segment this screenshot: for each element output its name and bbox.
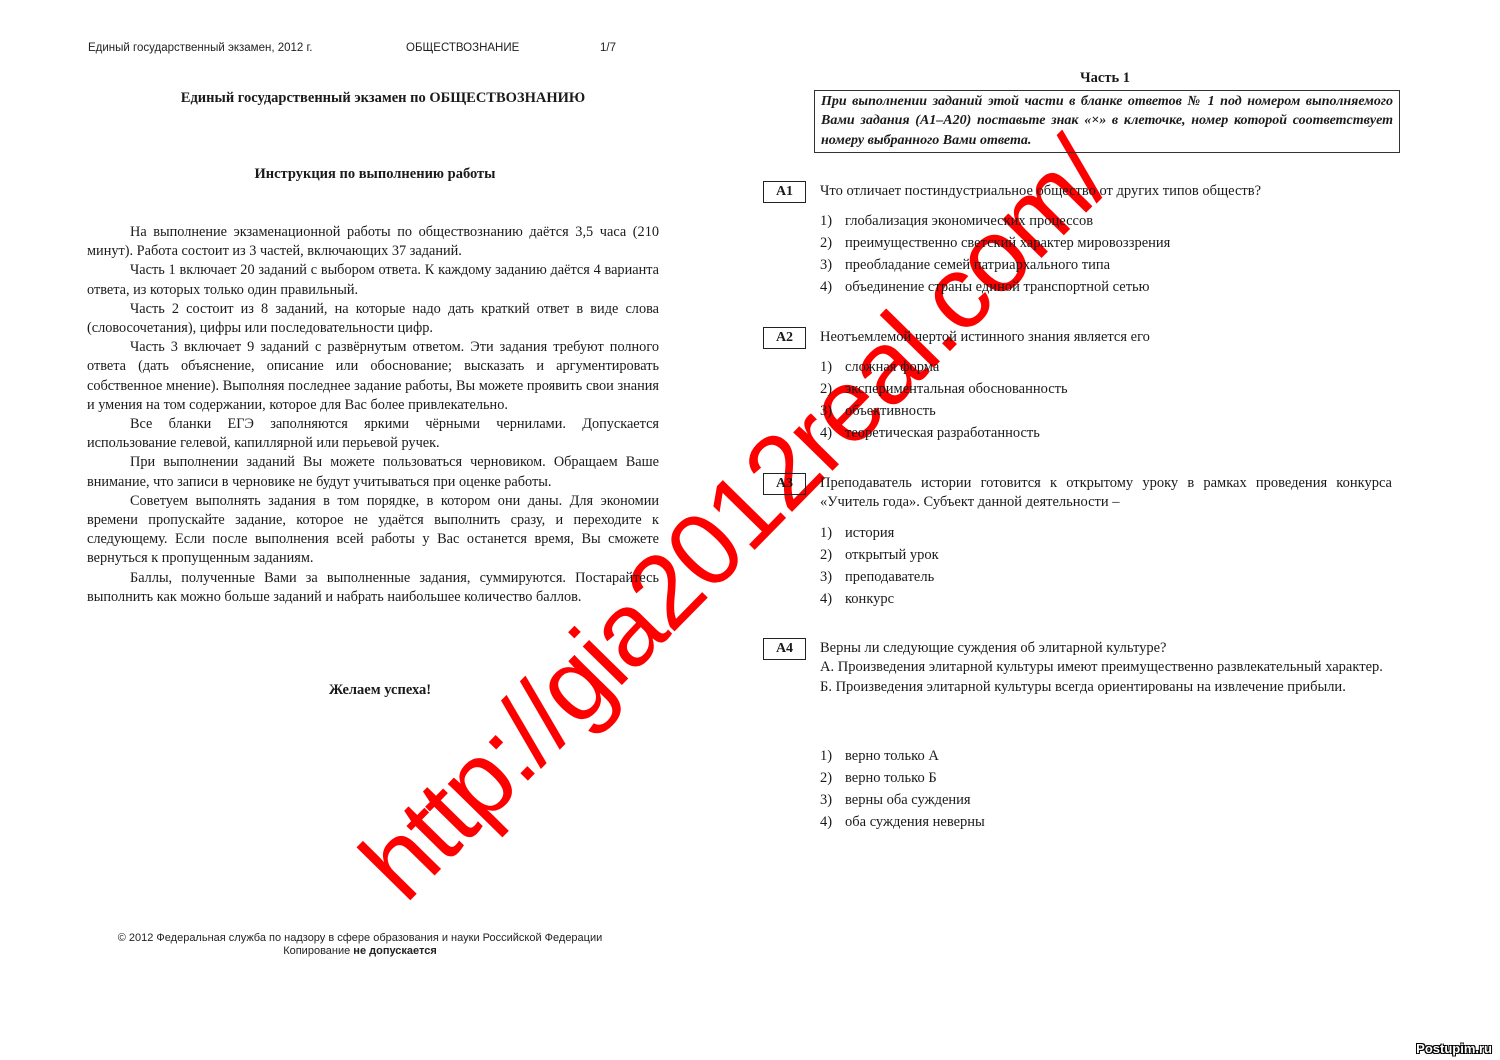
answer-option[interactable]: 1)верно только А (820, 745, 985, 767)
copyright-footer: © 2012 Федеральная служба по надзору в с… (80, 932, 640, 958)
instruction-body: На выполнение экзаменационной работы по … (87, 223, 659, 607)
site-brand-logo: Postupim.ru (1416, 1041, 1492, 1056)
task-statement-b: Б. Произведения элитарной культуры всегд… (820, 678, 1392, 697)
option-number: 3) (820, 789, 845, 811)
task-question: Преподаватель истории готовится к открыт… (820, 474, 1392, 513)
option-text: верно только Б (845, 770, 937, 786)
option-text: объединение страны единой транспортной с… (845, 279, 1150, 295)
option-text: объективность (845, 403, 936, 419)
answer-option[interactable]: 4)оба суждения неверны (820, 811, 985, 833)
good-luck-text: Желаем успеха! (80, 682, 680, 699)
answer-options: 1)сложная форма 2)экспериментальная обос… (820, 356, 1068, 444)
copying-notice-text: Копирование (283, 945, 353, 957)
copying-notice: Копирование не допускается (80, 945, 640, 958)
option-text: история (845, 525, 894, 541)
instruction-paragraph: Баллы, полученные Вами за выполненные за… (87, 569, 659, 607)
option-text: преобладание семей патриархального типа (845, 257, 1110, 273)
header-page-number: 1/7 (600, 42, 616, 54)
answer-options: 1)верно только А 2)верно только Б 3)верн… (820, 745, 985, 833)
option-number: 4) (820, 811, 845, 833)
answer-option[interactable]: 2)верно только Б (820, 767, 985, 789)
instruction-title: Инструкция по выполнению работы (80, 166, 670, 183)
answer-option[interactable]: 3)преобладание семей патриархального тип… (820, 254, 1170, 276)
option-text: открытый урок (845, 547, 939, 563)
header-exam-year: Единый государственный экзамен, 2012 г. (88, 42, 312, 54)
task-statement-a: А. Произведения элитарной культуры имеют… (820, 658, 1392, 677)
answer-option[interactable]: 1)глобализация экономических процессов (820, 210, 1170, 232)
part-instruction-box: При выполнении заданий этой части в блан… (814, 90, 1400, 153)
answer-option[interactable]: 2)открытый урок (820, 544, 939, 566)
option-text: верны оба суждения (845, 792, 971, 808)
option-number: 3) (820, 400, 845, 422)
option-number: 1) (820, 745, 845, 767)
answer-options: 1)глобализация экономических процессов 2… (820, 210, 1170, 298)
task-question: Верны ли следующие суждения об элитарной… (820, 639, 1392, 658)
option-text: конкурс (845, 591, 894, 607)
task-question: Неотъемлемой чертой истинного знания явл… (820, 328, 1392, 347)
answer-option[interactable]: 1)история (820, 522, 939, 544)
answer-option[interactable]: 4)объединение страны единой транспортной… (820, 276, 1170, 298)
option-text: преподаватель (845, 569, 934, 585)
answer-option[interactable]: 2)экспериментальная обоснованность (820, 378, 1068, 400)
answer-option[interactable]: 4)теоретическая разработанность (820, 422, 1068, 444)
task-label: А3 (763, 473, 806, 495)
part-title: Часть 1 (810, 70, 1400, 87)
answer-option[interactable]: 3)объективность (820, 400, 1068, 422)
instruction-paragraph: При выполнении заданий Вы можете пользов… (87, 453, 659, 491)
instruction-paragraph: Все бланки ЕГЭ заполняются яркими чёрным… (87, 415, 659, 453)
answer-option[interactable]: 3)верны оба суждения (820, 789, 985, 811)
task-label: А2 (763, 327, 806, 349)
option-number: 2) (820, 378, 845, 400)
option-number: 2) (820, 767, 845, 789)
copyright-line: © 2012 Федеральная служба по надзору в с… (80, 932, 640, 945)
instruction-paragraph: Часть 2 состоит из 8 заданий, на которые… (87, 300, 659, 338)
task-label: А1 (763, 181, 806, 203)
copying-notice-bold: не допускается (353, 945, 437, 957)
instruction-paragraph: Часть 1 включает 20 заданий с выбором от… (87, 261, 659, 299)
option-number: 3) (820, 254, 845, 276)
task-question: Что отличает постиндустриальное общество… (820, 182, 1392, 201)
instruction-paragraph: Советуем выполнять задания в том порядке… (87, 492, 659, 569)
option-number: 1) (820, 356, 845, 378)
option-text: преимущественно светский характер мирово… (845, 235, 1170, 251)
option-number: 4) (820, 422, 845, 444)
answer-option[interactable]: 4)конкурс (820, 588, 939, 610)
option-text: сложная форма (845, 359, 939, 375)
answer-option[interactable]: 3)преподаватель (820, 566, 939, 588)
option-text: глобализация экономических процессов (845, 213, 1093, 229)
option-text: оба суждения неверны (845, 814, 985, 830)
option-text: экспериментальная обоснованность (845, 381, 1068, 397)
option-text: теоретическая разработанность (845, 425, 1040, 441)
task-label: А4 (763, 638, 806, 660)
instruction-paragraph: На выполнение экзаменационной работы по … (87, 223, 659, 261)
header-subject: ОБЩЕСТВОЗНАНИЕ (406, 42, 519, 54)
option-number: 3) (820, 566, 845, 588)
instruction-paragraph: Часть 3 включает 9 заданий с развёрнутым… (87, 338, 659, 415)
task-question-block: Верны ли следующие суждения об элитарной… (820, 639, 1392, 697)
option-number: 1) (820, 522, 845, 544)
option-number: 1) (820, 210, 845, 232)
option-number: 2) (820, 544, 845, 566)
option-number: 4) (820, 276, 845, 298)
answer-option[interactable]: 2)преимущественно светский характер миро… (820, 232, 1170, 254)
answer-option[interactable]: 1)сложная форма (820, 356, 1068, 378)
option-number: 4) (820, 588, 845, 610)
answer-options: 1)история 2)открытый урок 3)преподавател… (820, 522, 939, 610)
document-title: Единый государственный экзамен по ОБЩЕСТ… (88, 90, 678, 107)
option-number: 2) (820, 232, 845, 254)
option-text: верно только А (845, 748, 939, 764)
